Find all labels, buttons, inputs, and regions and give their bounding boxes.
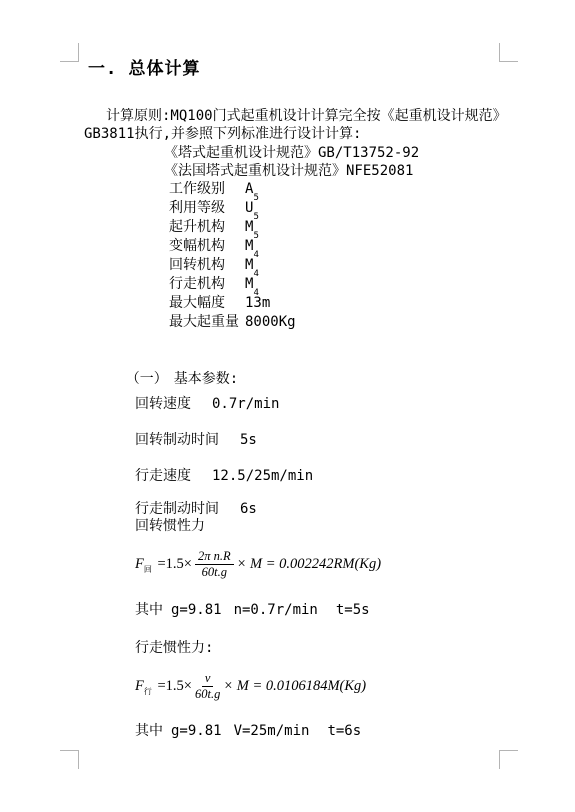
where-item: g=9.81 <box>171 601 222 619</box>
param-value: 12.5/25m/min <box>212 467 313 485</box>
spec-row-max-load: 最大起重量 8000Kg <box>169 313 296 331</box>
param-row-slew-speed: 回转速度 0.7r/min <box>135 395 279 413</box>
margin-mark-top-right <box>499 43 518 62</box>
section-title: 基本参数: <box>174 371 238 387</box>
formula-symbol: F <box>135 556 144 573</box>
where-item: t=5s <box>336 601 370 619</box>
formula-subscript: 行 <box>144 686 152 697</box>
spec-row-utilization: 利用等级 U5 <box>169 199 259 217</box>
formula-fraction: 2π n.R60t.g <box>195 549 234 580</box>
travel-inertia-label: 行走惯性力: <box>135 639 213 657</box>
where-lead: 其中 <box>135 722 163 740</box>
standard-reference: 《塔式起重机设计规范》GB/T13752-92 <box>164 144 419 162</box>
rotation-where-clause: 其中 g=9.81 n=0.7r/min t=5s <box>135 601 370 619</box>
margin-mark-top-left <box>60 43 79 62</box>
param-row-travel-speed: 行走速度 12.5/25m/min <box>135 467 313 485</box>
formula-coefficient: =1.5× <box>154 678 192 695</box>
travel-where-clause: 其中 g=9.81 V=25m/min t=6s <box>135 722 361 740</box>
spec-row-hoisting: 起升机构 M5 <box>169 218 259 236</box>
standard-reference: 《法国塔式起重机设计规范》NFE52081 <box>164 162 413 180</box>
fraction-denominator: 60t.g <box>202 565 227 580</box>
where-item: n=0.7r/min <box>234 601 318 619</box>
spec-value: 13m <box>245 294 270 312</box>
intro-line-1: 计算原则:MQ100门式起重机设计计算完全按《起重机设计规范》 <box>106 107 507 125</box>
spec-value: M4 <box>245 275 259 293</box>
spec-value: M4 <box>245 237 259 255</box>
spec-label: 最大幅度 <box>169 294 245 312</box>
rotation-inertia-formula: F回 =1.5×2π n.R60t.g× M = 0.002242RM(Kg) <box>135 548 381 580</box>
spec-label: 工作级别 <box>169 180 245 198</box>
spec-row-travel: 行走机构 M4 <box>169 275 259 293</box>
fraction-denominator: 60t.g <box>195 687 220 702</box>
spec-row-max-radius: 最大幅度 13m <box>169 294 270 312</box>
formula-symbol: F <box>135 678 144 695</box>
param-value: 6s <box>240 500 257 518</box>
chapter-heading: 一. 总体计算 <box>88 60 200 78</box>
param-label: 行走速度 <box>135 467 212 485</box>
where-item: V=25m/min <box>234 722 310 740</box>
param-label: 回转制动时间 <box>135 431 240 449</box>
param-row-travel-brake-time: 行走制动时间 6s <box>135 500 257 518</box>
param-label: 回转速度 <box>135 395 212 413</box>
spec-label: 最大起重量 <box>169 313 245 331</box>
spec-label: 利用等级 <box>169 199 245 217</box>
where-item: g=9.81 <box>171 722 222 740</box>
formula-fraction: v60t.g <box>195 671 220 702</box>
section-number: （一） <box>126 371 168 387</box>
rotation-inertia-label: 回转惯性力 <box>135 517 205 535</box>
intro-line-2: GB3811执行,并参照下列标准进行设计计算: <box>84 125 361 143</box>
spec-row-slewing: 回转机构 M4 <box>169 256 259 274</box>
spec-row-work-class: 工作级别 A5 <box>169 180 259 198</box>
spec-value: M5 <box>245 218 259 236</box>
travel-inertia-formula: F行 =1.5×v60t.g× M = 0.0106184M(Kg) <box>135 670 366 702</box>
formula-result: × M = 0.0106184M(Kg) <box>223 678 366 695</box>
formula-coefficient: =1.5× <box>154 556 192 573</box>
fraction-numerator: v <box>202 671 214 687</box>
where-lead: 其中 <box>135 601 163 619</box>
param-value: 5s <box>240 431 257 449</box>
spec-value: U5 <box>245 199 259 217</box>
where-item: t=6s <box>327 722 361 740</box>
param-row-slew-brake-time: 回转制动时间 5s <box>135 431 257 449</box>
margin-mark-bottom-right <box>499 750 518 769</box>
spec-value: 8000Kg <box>245 313 296 331</box>
spec-row-luffing: 变幅机构 M4 <box>169 237 259 255</box>
spec-label: 行走机构 <box>169 275 245 293</box>
spec-label: 回转机构 <box>169 256 245 274</box>
param-value: 0.7r/min <box>212 395 279 413</box>
margin-mark-bottom-left <box>60 750 79 769</box>
param-label: 行走制动时间 <box>135 500 240 518</box>
spec-label: 变幅机构 <box>169 237 245 255</box>
spec-value: A5 <box>245 180 259 198</box>
spec-label: 起升机构 <box>169 218 245 236</box>
spec-value: M4 <box>245 256 259 274</box>
document-page: 一. 总体计算 计算原则:MQ100门式起重机设计计算完全按《起重机设计规范》 … <box>0 0 575 812</box>
fraction-numerator: 2π n.R <box>195 549 234 565</box>
formula-subscript: 回 <box>144 564 152 575</box>
formula-result: × M = 0.002242RM(Kg) <box>237 556 381 573</box>
